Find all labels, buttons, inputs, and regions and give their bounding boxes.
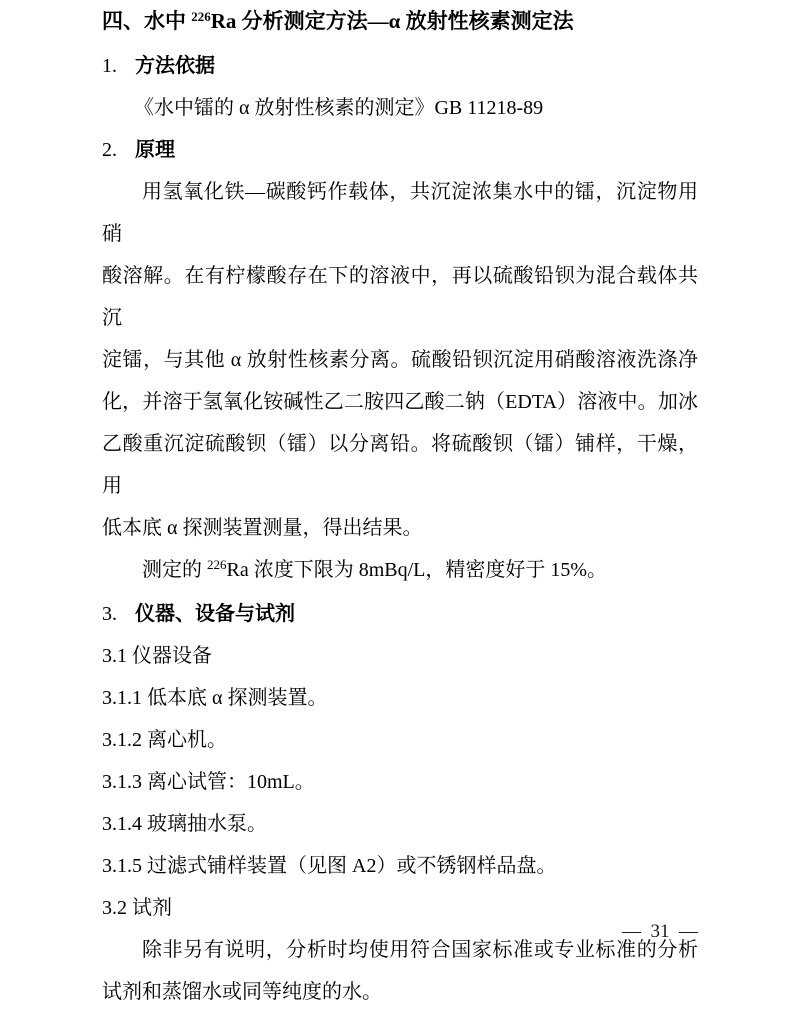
text-segment: 四、水中: [102, 9, 191, 33]
text-segment: 测定的: [142, 559, 207, 581]
principle-line-4: 化，并溶于氢氧化铵碱性乙二胺四乙酸二钠（EDTA）溶液中。加冰: [102, 381, 698, 423]
principle-line-6: 低本底 α 探测装置测量，得出结果。: [102, 507, 698, 549]
heading-principle: 2.原理: [102, 129, 698, 171]
text-segment: 原理: [135, 139, 175, 161]
text-segment: 除非另有说明，分析时均使用符合国家标准或专业标准的分析: [142, 939, 698, 961]
text-segment: 酸溶解。在有柠檬酸存在下的溶液中，再以硫酸铅钡为混合载体共沉: [102, 265, 698, 329]
document-page: 四、水中 226Ra 分析测定方法—α 放射性核素测定法1.方法依据《水中镭的 …: [0, 0, 800, 1013]
principle-line-2: 酸溶解。在有柠檬酸存在下的溶液中，再以硫酸铅钡为混合载体共沉: [102, 255, 698, 339]
text-segment: 1.: [102, 55, 117, 77]
doc-title: 四、水中 226Ra 分析测定方法—α 放射性核素测定法: [102, 0, 698, 45]
text-segment: 仪器、设备与试剂: [135, 603, 295, 625]
item-3-1-5: 3.1.5 过滤式铺样装置（见图 A2）或不锈钢样品盘。: [102, 845, 698, 887]
text-segment: 试剂和蒸馏水或同等纯度的水。: [102, 981, 382, 1003]
subheading-reagents: 3.2 试剂: [102, 887, 698, 929]
heading-method-basis: 1.方法依据: [102, 45, 698, 87]
superscript-mass-number: 226: [191, 9, 211, 24]
principle-line-5: 乙酸重沉淀硫酸钡（镭）以分离铅。将硫酸钡（镭）铺样，干燥，用: [102, 423, 698, 507]
page-number: — 31 —: [622, 920, 698, 944]
text-segment: 3.1.3 离心试管：10mL。: [102, 771, 315, 793]
reference-standard: 《水中镭的 α 放射性核素的测定》GB 11218-89: [102, 87, 698, 129]
detection-limit: 测定的 226Ra 浓度下限为 8mBq/L，精密度好于 15%。: [102, 549, 698, 593]
superscript-mass-number: 226: [207, 557, 227, 572]
text-segment: 3.1.1 低本底 α 探测装置。: [102, 687, 327, 709]
text-segment: 方法依据: [135, 55, 215, 77]
text-segment: 《水中镭的 α 放射性核素的测定》GB 11218-89: [134, 97, 543, 119]
text-segment: 乙酸重沉淀硫酸钡（镭）以分离铅。将硫酸钡（镭）铺样，干燥，用: [102, 433, 698, 497]
text-segment: 低本底 α 探测装置测量，得出结果。: [102, 517, 422, 539]
item-3-1-1: 3.1.1 低本底 α 探测装置。: [102, 677, 698, 719]
text-segment: Ra 浓度下限为 8mBq/L，精密度好于 15%。: [227, 559, 608, 581]
principle-line-3: 淀镭，与其他 α 放射性核素分离。硫酸铅钡沉淀用硝酸溶液洗涤净: [102, 339, 698, 381]
text-segment: 2.: [102, 139, 117, 161]
heading-instruments: 3.仪器、设备与试剂: [102, 593, 698, 635]
text-segment: 3.2 试剂: [102, 897, 172, 919]
principle-line-1: 用氢氧化铁—碳酸钙作载体，共沉淀浓集水中的镭，沉淀物用硝: [102, 171, 698, 255]
item-3-1-4: 3.1.4 玻璃抽水泵。: [102, 803, 698, 845]
subheading-equipment: 3.1 仪器设备: [102, 635, 698, 677]
text-segment: Ra 分析测定方法—α 放射性核素测定法: [211, 9, 574, 33]
item-3-1-3: 3.1.3 离心试管：10mL。: [102, 761, 698, 803]
text-segment: 化，并溶于氢氧化铵碱性乙二胺四乙酸二钠（EDTA）溶液中。加冰: [102, 391, 698, 413]
document-body: 四、水中 226Ra 分析测定方法—α 放射性核素测定法1.方法依据《水中镭的 …: [102, 0, 698, 1013]
text-segment: 3.1.4 玻璃抽水泵。: [102, 813, 267, 835]
reagents-line-2: 试剂和蒸馏水或同等纯度的水。: [102, 971, 698, 1013]
reagents-line-1: 除非另有说明，分析时均使用符合国家标准或专业标准的分析: [102, 929, 698, 971]
text-segment: 3.: [102, 603, 117, 625]
text-segment: 3.1 仪器设备: [102, 645, 212, 667]
text-segment: 用氢氧化铁—碳酸钙作载体，共沉淀浓集水中的镭，沉淀物用硝: [102, 181, 698, 245]
text-segment: 淀镭，与其他 α 放射性核素分离。硫酸铅钡沉淀用硝酸溶液洗涤净: [102, 349, 698, 371]
text-segment: 3.1.2 离心机。: [102, 729, 227, 751]
text-segment: 3.1.5 过滤式铺样装置（见图 A2）或不锈钢样品盘。: [102, 855, 556, 877]
item-3-1-2: 3.1.2 离心机。: [102, 719, 698, 761]
